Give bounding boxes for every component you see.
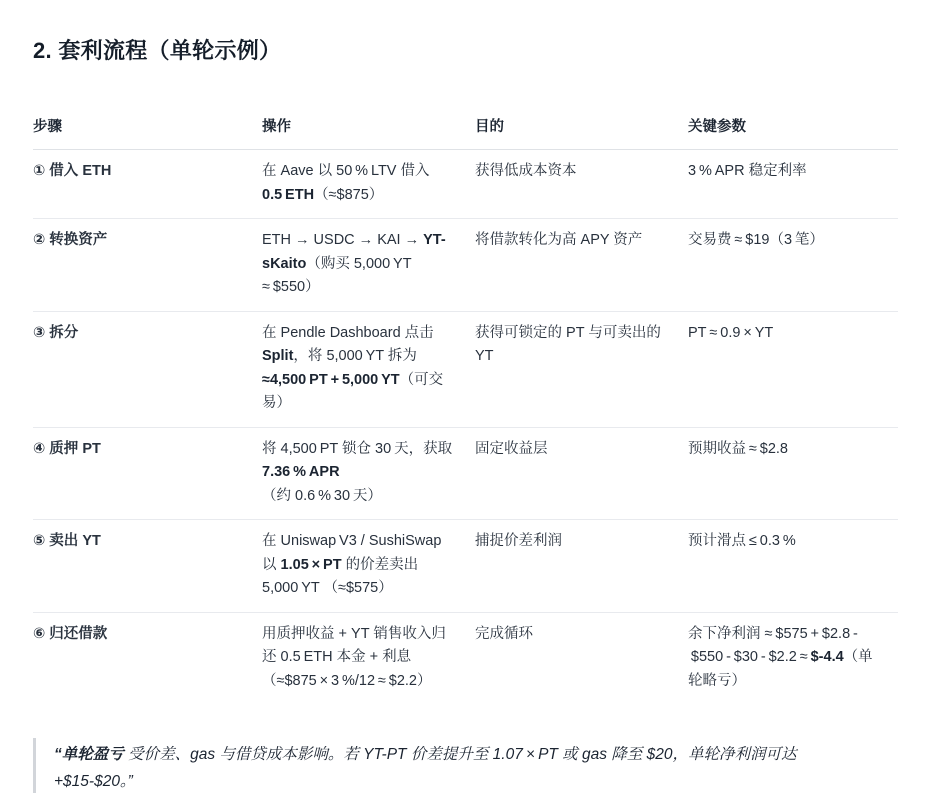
table-row: ⑥ 归还借款用质押收益 + YT 销售收入归还 0.5 ETH 本金 + 利息 … <box>33 612 898 704</box>
text-run: ETH → USDC → KAI → <box>262 232 423 248</box>
note-text: “单轮盈亏 受价差、gas 与借贷成本影响。若 YT-PT 价差提升至 1.07… <box>54 741 858 793</box>
text-run: 预计滑点 ≤ 0.3 % <box>688 533 796 549</box>
key-params-cell: 预计滑点 ≤ 0.3 % <box>688 520 898 613</box>
step-cell: ③ 拆分 <box>33 311 262 427</box>
table-row: ① 借入 ETH在 Aave 以 50 % LTV 借入 0.5 ETH（≈$8… <box>33 150 898 219</box>
key-params-cell: 预期收益 ≈ $2.8 <box>688 427 898 520</box>
table-header-row: 步骤操作目的关键参数 <box>33 115 898 150</box>
bold-text-run: Split <box>262 348 293 364</box>
text-run: 3 % APR 稳定利率 <box>688 163 807 179</box>
purpose-cell: 将借款转化为高 APY 资产 <box>475 219 688 312</box>
column-header: 关键参数 <box>688 115 898 150</box>
table-row: ④ 质押 PT将 4,500 PT 锁仓 30 天，获取 7.36 % APR（… <box>33 427 898 520</box>
text-run: 用质押收益 + YT 销售收入归还 0.5 ETH 本金 + 利息 （≈$875… <box>262 626 446 689</box>
table-body: ① 借入 ETH在 Aave 以 50 % LTV 借入 0.5 ETH（≈$8… <box>33 150 898 705</box>
text-run: 在 Aave 以 50 % LTV 借入 <box>262 163 430 179</box>
purpose-cell: 固定收益层 <box>475 427 688 520</box>
step-cell: ② 转换资产 <box>33 219 262 312</box>
bold-text-run: 0.5 ETH <box>262 187 314 203</box>
step-cell: ④ 质押 PT <box>33 427 262 520</box>
table-row: ⑤ 卖出 YT在 Uniswap V3 / SushiSwap 以 1.05 ×… <box>33 520 898 613</box>
key-params-cell: PT ≈ 0.9 × YT <box>688 311 898 427</box>
step-cell: ① 借入 ETH <box>33 150 262 219</box>
text-run: 交易费 ≈ $19（3 笔） <box>688 232 824 248</box>
purpose-cell: 完成循环 <box>475 612 688 704</box>
table-row: ② 转换资产ETH → USDC → KAI → YT-sKaito（购买 5,… <box>33 219 898 312</box>
text-run: （≈$875） <box>314 187 383 203</box>
text-run: 将 4,500 PT 锁仓 30 天，获取 <box>262 441 452 457</box>
document-page: 2. 套利流程（单轮示例） 步骤操作目的关键参数 ① 借入 ETH在 Aave … <box>0 0 934 793</box>
key-params-cell: 余下净利润 ≈ $575 + $2.8 - $550 - $30 - $2.2 … <box>688 612 898 704</box>
bold-text-run: “单轮盈亏 <box>54 746 124 763</box>
note-blockquote: “单轮盈亏 受价差、gas 与借贷成本影响。若 YT-PT 价差提升至 1.07… <box>33 738 898 793</box>
operation-cell: 将 4,500 PT 锁仓 30 天，获取 7.36 % APR（约 0.6 %… <box>262 427 475 520</box>
operation-cell: ETH → USDC → KAI → YT-sKaito（购买 5,000 YT… <box>262 219 475 312</box>
bold-text-run: 7.36 % APR <box>262 464 340 480</box>
operation-cell: 在 Aave 以 50 % LTV 借入 0.5 ETH（≈$875） <box>262 150 475 219</box>
step-cell: ⑥ 归还借款 <box>33 612 262 704</box>
operation-cell: 在 Uniswap V3 / SushiSwap 以 1.05 × PT 的价差… <box>262 520 475 613</box>
bold-text-run: ≈4,500 PT + 5,000 YT <box>262 372 400 388</box>
purpose-cell: 获得低成本资本 <box>475 150 688 219</box>
table-row: ③ 拆分在 Pendle Dashboard 点击 Split，将 5,000 … <box>33 311 898 427</box>
text-run: 在 Pendle Dashboard 点击 <box>262 325 434 341</box>
text-run: 余下净利润 <box>688 626 765 642</box>
page-title: 2. 套利流程（单轮示例） <box>33 34 898 65</box>
step-cell: ⑤ 卖出 YT <box>33 520 262 613</box>
operation-cell: 在 Pendle Dashboard 点击 Split，将 5,000 YT 拆… <box>262 311 475 427</box>
key-params-cell: 3 % APR 稳定利率 <box>688 150 898 219</box>
text-run: 受价差、gas 与借贷成本影响。若 YT-PT 价差提升至 1.07 × PT … <box>54 746 796 790</box>
key-params-cell: 交易费 ≈ $19（3 笔） <box>688 219 898 312</box>
column-header: 操作 <box>262 115 475 150</box>
column-header: 目的 <box>475 115 688 150</box>
operation-cell: 用质押收益 + YT 销售收入归还 0.5 ETH 本金 + 利息 （≈$875… <box>262 612 475 704</box>
purpose-cell: 获得可锁定的 PT 与可卖出的 YT <box>475 311 688 427</box>
text-run: 预期收益 ≈ $2.8 <box>688 441 788 457</box>
text-run: （约 0.6 % 30 天） <box>262 488 382 504</box>
purpose-cell: 捕捉价差利润 <box>475 520 688 613</box>
bold-text-run: 1.05 × PT <box>281 557 342 573</box>
text-run: ，将 5,000 YT 拆为 <box>293 348 417 364</box>
bold-text-run: $-4.4 <box>811 649 844 665</box>
arbitrage-process-table: 步骤操作目的关键参数 ① 借入 ETH在 Aave 以 50 % LTV 借入 … <box>33 115 898 704</box>
text-run: PT ≈ 0.9 × YT <box>688 325 773 341</box>
column-header: 步骤 <box>33 115 262 150</box>
